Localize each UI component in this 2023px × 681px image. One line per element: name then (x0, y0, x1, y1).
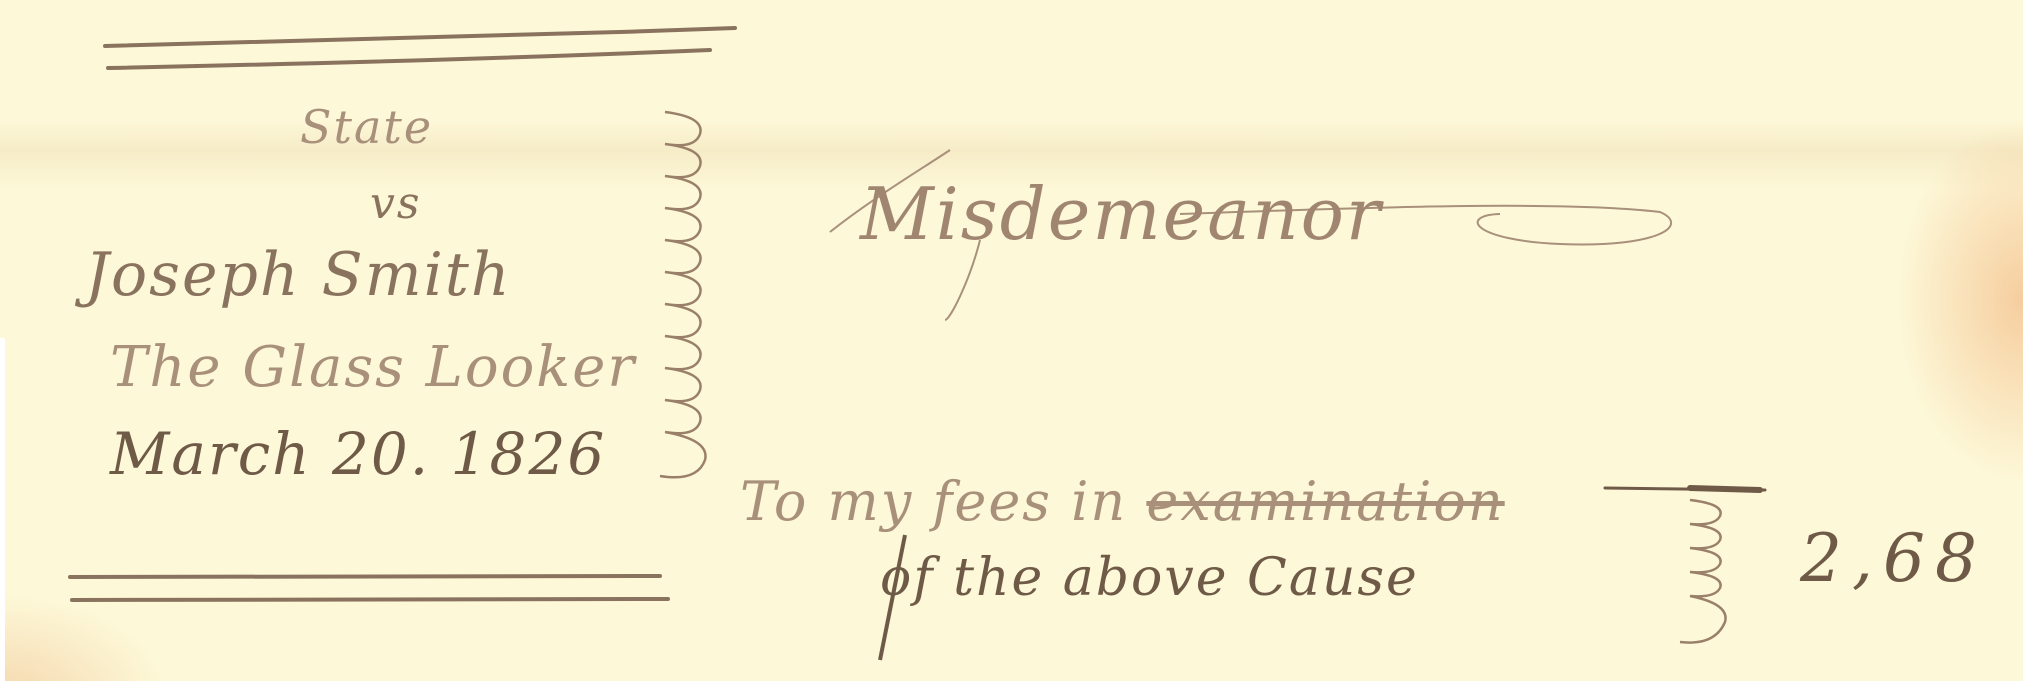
fee-amount: 2,68 (1800, 520, 1987, 597)
strike-through (1605, 488, 1765, 490)
bottom-double-rule (70, 576, 668, 600)
caption-date: March 20. 1826 (110, 420, 606, 488)
fee-line-1-struck: examination (1146, 470, 1504, 533)
caption-defendant-name: Joseph Smith (85, 240, 512, 310)
caption-state: State (300, 100, 433, 154)
caption-brace (660, 112, 706, 477)
fee-line-2: of the above Cause (880, 548, 1419, 608)
entry-brace (1680, 500, 1726, 643)
fee-line-1-prefix: To my fees in (740, 470, 1146, 533)
fee-line-1: To my fees in examination (740, 470, 1505, 533)
top-double-rule (105, 28, 735, 68)
caption-versus: vs (370, 178, 421, 229)
caption-defendant-title: The Glass Looker (110, 335, 636, 400)
offense-heading: Misdemeanor (860, 172, 1382, 256)
